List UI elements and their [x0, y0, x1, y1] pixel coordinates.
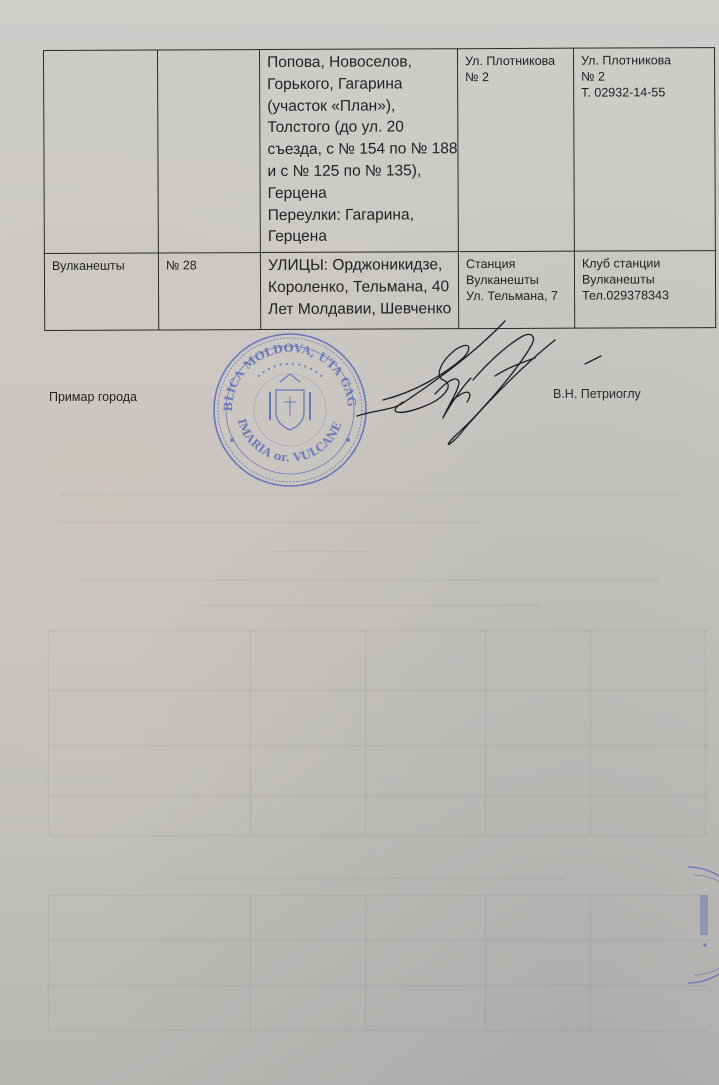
- location-contact-line: Вулканешты: [582, 271, 708, 288]
- location-contact-cell: Клуб станции Вулканешты Тел.029378343: [574, 251, 715, 329]
- streets-line: и с № 125 по № 135),: [267, 160, 450, 183]
- streets-line: УЛИЦЫ: Орджоникидзе,: [268, 254, 451, 277]
- locality-cell: [44, 50, 159, 254]
- location-contact-line: Т. 02932-14-55: [581, 84, 707, 101]
- streets-line: Герцена: [268, 182, 451, 205]
- svg-text:REPUBLICA MOLDOVA, UTA GAGAUZI: REPUBLICA MOLDOVA, UTA GAGAUZIA: [210, 330, 359, 412]
- station-address-line: Ул. Плотникова: [465, 53, 566, 69]
- streets-line: Переулки: Гагарина,: [268, 204, 451, 227]
- table-row: Попова, Новоселов, Горького, Гагарина (у…: [44, 48, 716, 254]
- station-address-line: № 2: [465, 69, 566, 85]
- location-contact-cell: Ул. Плотникова № 2 Т. 02932-14-55: [573, 48, 715, 252]
- polling-stations-table: Попова, Новоселов, Горького, Гагарина (у…: [43, 47, 716, 331]
- partial-stamp-icon: [678, 865, 719, 985]
- streets-line: Короленко, Тельмана, 40: [268, 276, 451, 299]
- location-contact-line: Ул. Плотникова: [581, 52, 707, 69]
- district-number-cell: [158, 50, 261, 254]
- station-address-cell: Ул. Плотникова № 2: [457, 48, 574, 252]
- signature-icon: [355, 318, 615, 463]
- streets-line: съезда, с № 154 по № 188: [267, 138, 450, 161]
- station-address-line: Вулканешты: [466, 272, 567, 288]
- streets-line: Попова, Новоселов,: [267, 51, 450, 74]
- streets-line: (участок «План»),: [267, 95, 450, 118]
- mayor-title: Примар города: [49, 390, 137, 404]
- station-address-line: Ул. Тельмана, 7: [466, 288, 567, 304]
- streets-cell: Попова, Новоселов, Горького, Гагарина (у…: [260, 49, 459, 253]
- locality-cell: Вулканешты: [44, 253, 158, 330]
- svg-text:• • • • • • • • • • • •: • • • • • • • • • • • •: [255, 361, 324, 380]
- official-stamp-icon: REPUBLICA MOLDOVA, UTA GAGAUZIA PRIMARIA…: [210, 330, 370, 490]
- location-contact-line: № 2: [581, 68, 707, 85]
- streets-line: Толстого (до ул. 20: [267, 117, 450, 140]
- streets-line: Герцена: [268, 226, 451, 249]
- location-contact-line: Клуб станции: [582, 255, 708, 272]
- district-number-cell: № 28: [158, 253, 260, 330]
- location-contact-line: Тел.029378343: [582, 287, 708, 304]
- streets-line: Горького, Гагарина: [267, 73, 450, 96]
- stamp-outer-text: REPUBLICA MOLDOVA, UTA GAGAUZIA: [210, 330, 359, 412]
- station-address-line: Станция: [466, 256, 567, 272]
